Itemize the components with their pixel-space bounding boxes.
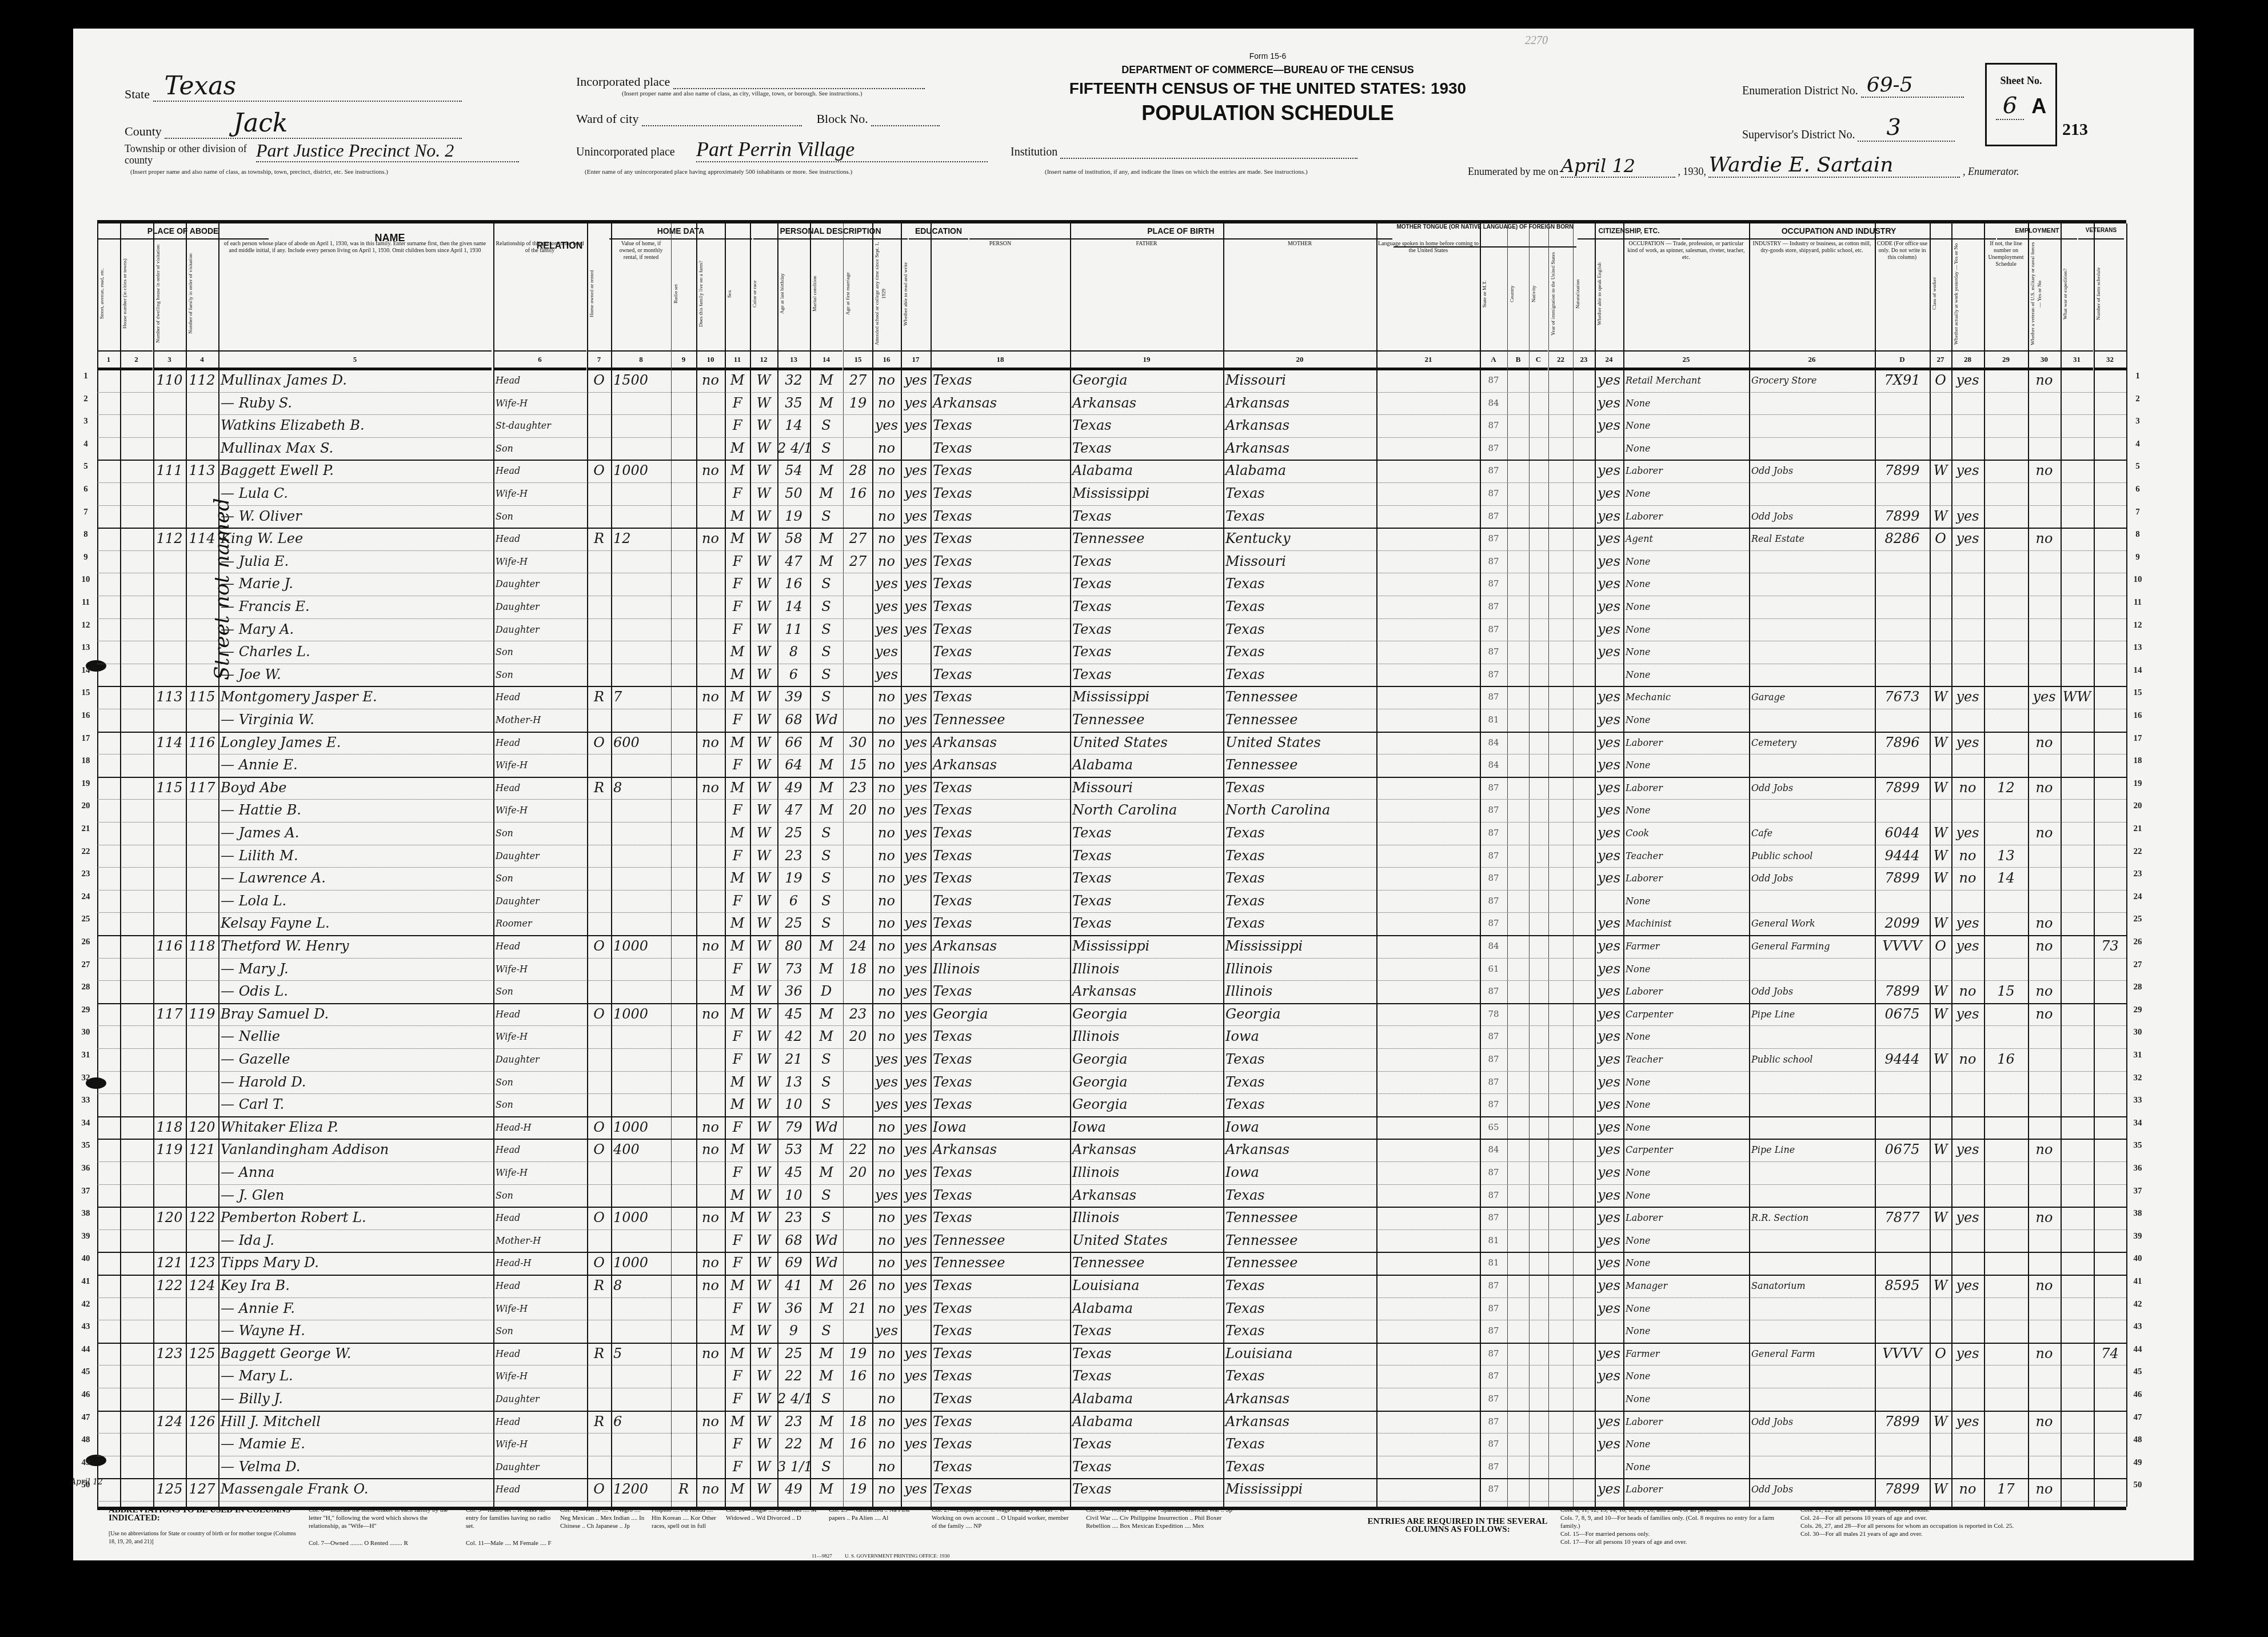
cell-agem (843, 822, 873, 844)
cell-val (611, 482, 671, 505)
cell-ind: Odd Jobs (1749, 460, 1875, 482)
printer-name: U. S. GOVERNMENT PRINTING OFFICE: 1930 (845, 1553, 950, 1559)
cell-cls: W (1930, 867, 1951, 889)
cell-val (611, 505, 671, 528)
cell-fam (186, 1388, 218, 1410)
cell-mar: M (810, 392, 842, 414)
cell-eng: yes (1595, 528, 1623, 550)
cell-rel: Daughter (493, 618, 586, 641)
cell-bpf: Texas (1070, 867, 1223, 889)
cell-occ: Laborer (1623, 460, 1749, 482)
cell-unemp: 12 (1984, 777, 2028, 799)
cell-ind (1749, 641, 1875, 663)
cell-unemp (1984, 1343, 2028, 1365)
cell-own (587, 1229, 611, 1252)
cell-val (611, 822, 671, 844)
cell-war (2061, 732, 2093, 754)
cell-read: yes (901, 1025, 931, 1048)
line-number: 11 (2129, 598, 2146, 608)
cell-bp: Texas (931, 1093, 1070, 1116)
cell-farm (696, 641, 725, 663)
cell-war (2061, 1388, 2093, 1410)
cell-war (2061, 777, 2093, 799)
incorporated-value (673, 88, 925, 89)
cell-cls: W (1930, 1478, 1951, 1500)
line-number: 28 (77, 983, 94, 992)
table-row: — Lawrence A.SonMW19SnoyesTexasTexasTexa… (97, 867, 2126, 891)
cell-read: yes (901, 1207, 931, 1229)
cell-bp: Texas (931, 1025, 1070, 1048)
cell-rel: Daughter (493, 573, 586, 595)
line-number: 32 (77, 1073, 94, 1083)
line-number: 44 (77, 1345, 94, 1355)
cell-code: 87 (1480, 505, 1507, 528)
column-header-ind: INDUSTRY — Industry or business, as cott… (1749, 239, 1875, 348)
cell-bpf: Illinois (1070, 1207, 1223, 1229)
cell-name: — Mary J. (218, 958, 492, 980)
cell-farm: no (696, 1275, 725, 1297)
cell-vet: yes (2028, 686, 2061, 708)
cell-farm (696, 709, 725, 731)
cell-val (611, 980, 671, 1003)
cell-bpm: Tennessee (1223, 686, 1376, 708)
group-header-home: HOME DATA (609, 223, 752, 239)
cell-farmno (2094, 1433, 2126, 1455)
cell-ocode (1875, 1229, 1930, 1252)
cell-sex: F (725, 1025, 750, 1048)
cell-farm: no (696, 1478, 725, 1500)
cell-sex: M (725, 1411, 750, 1433)
cell-code: 87 (1480, 414, 1507, 437)
cell-own (587, 754, 611, 776)
cell-farm (696, 505, 725, 528)
cell-radio (671, 573, 696, 595)
cell-rel: Mother-H (493, 1229, 586, 1252)
cell-read: yes (901, 867, 931, 889)
cell-unemp (1984, 1229, 2028, 1252)
cell-age: 49 (777, 1478, 810, 1500)
cell-age: 58 (777, 528, 810, 550)
cell-eng: yes (1595, 1343, 1623, 1365)
cell-ind (1749, 664, 1875, 686)
cell-cls: W (1930, 845, 1951, 867)
cell-war (2061, 618, 2093, 641)
cell-radio (671, 1003, 696, 1025)
cell-ocode: 9444 (1875, 1048, 1930, 1071)
cell-work (1951, 1320, 1984, 1342)
cell-eng: yes (1595, 618, 1623, 641)
cell-bpf: Alabama (1070, 1297, 1223, 1320)
cell-race: W (750, 709, 777, 731)
cell-fam (186, 754, 218, 776)
cell-val: 1000 (611, 1207, 671, 1229)
pencil-mark: 2270 (1525, 34, 1548, 47)
cell-occ: Carpenter (1623, 1139, 1749, 1161)
cell-own (587, 1048, 611, 1071)
cell-rel: Head (493, 1478, 586, 1500)
cell-read: yes (901, 1433, 931, 1455)
cell-farmno (2094, 1025, 2126, 1048)
cell-val (611, 618, 671, 641)
cell-bpf: Arkansas (1070, 980, 1223, 1003)
cell-code: 87 (1480, 845, 1507, 867)
cell-radio (671, 912, 696, 935)
cell-name: — Odis L. (218, 980, 492, 1003)
cell-race: W (750, 1275, 777, 1297)
cell-name: Massengale Frank O. (218, 1478, 492, 1500)
cell-farm (696, 1456, 725, 1478)
cell-eng: yes (1595, 369, 1623, 392)
cell-mar: M (810, 1161, 842, 1184)
cell-farm (696, 1093, 725, 1116)
cell-bpf: Texas (1070, 1433, 1223, 1455)
cell-sex: M (725, 460, 750, 482)
cell-code: 87 (1480, 1207, 1507, 1229)
cell-race: W (750, 1320, 777, 1342)
cell-read: yes (901, 1139, 931, 1161)
cell-mar: S (810, 1093, 842, 1116)
cell-own: R (587, 528, 611, 550)
cell-vet (2028, 1184, 2061, 1207)
cell-age: 54 (777, 460, 810, 482)
cell-bpf: Mississippi (1070, 935, 1223, 957)
cell-bpf: Georgia (1070, 1048, 1223, 1071)
cell-rel: Head (493, 732, 586, 754)
cell-agem: 18 (843, 958, 873, 980)
cell-farm (696, 912, 725, 935)
cell-work (1951, 641, 1984, 663)
cell-bpm: Arkansas (1223, 414, 1376, 437)
cell-bp: Texas (931, 505, 1070, 528)
cell-race: W (750, 641, 777, 663)
cell-unemp (1984, 528, 2028, 550)
cell-farmno (2094, 777, 2126, 799)
table-row: Watkins Elizabeth B.St-daughterFW14Syesy… (97, 414, 2126, 438)
cell-farm (696, 822, 725, 844)
cell-read (901, 1456, 931, 1478)
cell-bp: Arkansas (931, 1139, 1070, 1161)
cell-read: yes (901, 1003, 931, 1025)
cell-fam (186, 1433, 218, 1455)
cell-agem: 20 (843, 799, 873, 821)
cell-unemp: 17 (1984, 1478, 2028, 1500)
column-number: 3 (153, 350, 186, 370)
cell-sch: no (872, 1365, 901, 1387)
cell-val (611, 550, 671, 573)
line-number: 6 (77, 485, 94, 494)
cell-occ: Farmer (1623, 935, 1749, 957)
cell-unemp (1984, 1116, 2028, 1139)
cell-ind (1749, 799, 1875, 821)
cell-farm: no (696, 1139, 725, 1161)
cell-dw (153, 754, 186, 776)
state-value: Texas (153, 71, 462, 102)
cell-unemp (1984, 1297, 2028, 1320)
cell-dw (153, 1456, 186, 1478)
cell-sex: F (725, 958, 750, 980)
cell-ocode (1875, 958, 1930, 980)
cell-agem: 27 (843, 369, 873, 392)
cell-name: — Ruby S. (218, 392, 492, 414)
cell-code: 87 (1480, 573, 1507, 595)
cell-work: yes (1951, 912, 1984, 935)
column-number: C (1529, 350, 1548, 370)
line-number: 1 (2129, 372, 2146, 381)
table-row: 114116Longley James E.HeadO600noMW66M30n… (97, 732, 2126, 755)
line-number: 17 (2129, 734, 2146, 744)
cell-bpf: Arkansas (1070, 1139, 1223, 1161)
cell-dw (153, 1093, 186, 1116)
cell-unemp (1984, 1388, 2028, 1410)
cell-fam: 114 (186, 528, 218, 550)
cell-bpm: Texas (1223, 618, 1376, 641)
cell-sex: F (725, 799, 750, 821)
cell-occ: None (1623, 1297, 1749, 1320)
cell-code: 87 (1480, 1161, 1507, 1184)
cell-read: yes (901, 709, 931, 731)
cell-war (2061, 482, 2093, 505)
cell-unemp (1984, 596, 2028, 618)
cell-agem (843, 686, 873, 708)
enumerated-field: Enumerated by me on April 12 , 1930, War… (1468, 153, 2019, 178)
cell-code: 87 (1480, 1478, 1507, 1500)
cell-work (1951, 1093, 1984, 1116)
line-number: 20 (2129, 801, 2146, 811)
cell-sch: no (872, 845, 901, 867)
cell-ind: Odd Jobs (1749, 777, 1875, 799)
cell-sch: no (872, 369, 901, 392)
cell-read: yes (901, 1229, 931, 1252)
line-number: 3 (77, 417, 94, 426)
cell-fam (186, 1297, 218, 1320)
cell-own (587, 912, 611, 935)
cell-ind (1749, 709, 1875, 731)
cell-age: 13 (777, 1071, 810, 1093)
abbr-col23: Col. 23—Naturalized .. Na First papers .… (829, 1506, 920, 1522)
enumerated-date: April 12 (1561, 155, 1675, 178)
cell-radio (671, 1343, 696, 1365)
cell-sch: no (872, 732, 901, 754)
cell-work: yes (1951, 1275, 1984, 1297)
cell-cls: W (1930, 1207, 1951, 1229)
cell-sch: no (872, 437, 901, 460)
cell-bpf: Texas (1070, 573, 1223, 595)
line-number: 15 (2129, 688, 2146, 698)
line-number: 46 (77, 1390, 94, 1400)
cell-rel: Son (493, 822, 586, 844)
cell-cls (1930, 1184, 1951, 1207)
cell-war (2061, 596, 2093, 618)
cell-own (587, 958, 611, 980)
cell-sch: no (872, 392, 901, 414)
cell-cls (1930, 1093, 1951, 1116)
cell-farmno (2094, 1116, 2126, 1139)
column-number: 1 (97, 350, 120, 370)
cell-bpm: Iowa (1223, 1025, 1376, 1048)
cell-cls (1930, 641, 1951, 663)
abbreviations-title: ABBREVIATIONS TO BE USED IN COLUMNS INDI… (109, 1506, 297, 1522)
cell-vet: no (2028, 822, 2061, 844)
cell-eng: yes (1595, 1184, 1623, 1207)
cell-sex: F (725, 550, 750, 573)
cell-fam (186, 664, 218, 686)
cell-sch: no (872, 754, 901, 776)
table-row: — Mary J.Wife-HFW73M18noyesIllinoisIllin… (97, 958, 2126, 981)
cell-name: Whitaker Eliza P. (218, 1116, 492, 1139)
cell-name: — Mary A. (218, 618, 492, 641)
cell-bp: Texas (931, 845, 1070, 867)
cell-agem (843, 596, 873, 618)
cell-age: 42 (777, 1025, 810, 1048)
cell-agem: 27 (843, 528, 873, 550)
cell-occ: None (1623, 1184, 1749, 1207)
cell-name: — Velma D. (218, 1456, 492, 1478)
cell-farmno (2094, 1093, 2126, 1116)
table-row: — Carl T.SonMW10SyesyesTexasGeorgiaTexas… (97, 1093, 2126, 1117)
cell-bp: Texas (931, 573, 1070, 595)
cell-vet: no (2028, 935, 2061, 957)
cell-sch: no (872, 505, 901, 528)
cell-read (901, 1388, 931, 1410)
cell-unemp (1984, 1161, 2028, 1184)
line-number: 18 (77, 756, 94, 766)
cell-vet (2028, 664, 2061, 686)
cell-dw (153, 1025, 186, 1048)
cell-cls (1930, 1433, 1951, 1455)
cell-farmno (2094, 1297, 2126, 1320)
cell-name: — Mary L. (218, 1365, 492, 1387)
township-hint: (Insert proper name and also name of cla… (130, 169, 530, 175)
cell-name: — James A. (218, 822, 492, 844)
cell-code: 87 (1480, 596, 1507, 618)
cell-farm: no (696, 528, 725, 550)
cell-war (2061, 1320, 2093, 1342)
cell-radio (671, 528, 696, 550)
cell-sex: M (725, 1343, 750, 1365)
cell-age: 64 (777, 754, 810, 776)
form-title-block: Form 15-6 DEPARTMENT OF COMMERCE—BUREAU … (1045, 51, 1491, 125)
table-row: — J. GlenSonMW10SyesyesTexasArkansasTexa… (97, 1184, 2126, 1208)
cell-bp: Texas (931, 1411, 1070, 1433)
cell-ocode (1875, 1184, 1930, 1207)
cell-bpf: Tennessee (1070, 1252, 1223, 1274)
column-number: 26 (1749, 350, 1875, 370)
cell-work: yes (1951, 460, 1984, 482)
cell-code: 84 (1480, 1139, 1507, 1161)
cell-vet (2028, 1229, 2061, 1252)
column-header-bp: PERSON (931, 239, 1070, 348)
cell-vet (2028, 596, 2061, 618)
cell-war (2061, 1161, 2093, 1184)
column-header-rel: Relationship of this person to the head … (493, 239, 586, 348)
cell-rel: Son (493, 664, 586, 686)
cell-val (611, 799, 671, 821)
cell-sch: no (872, 1433, 901, 1455)
cell-bpm: Iowa (1223, 1161, 1376, 1184)
table-row: — James A.SonMW25SnoyesTexasTexasTexas87… (97, 822, 2126, 845)
cell-fam (186, 1229, 218, 1252)
abbr-col31: Col. 31—World War .... WW Spanish-Americ… (1086, 1506, 1235, 1530)
cell-vet: no (2028, 369, 2061, 392)
line-number: 32 (2129, 1073, 2146, 1083)
req-line: Cols. 21, 22, and 23—For all foreign-bor… (1800, 1506, 2029, 1514)
cell-vet (2028, 754, 2061, 776)
cell-rel: St-daughter (493, 414, 586, 437)
line-number: 37 (2129, 1187, 2146, 1196)
abbr-col12a: Col. 12—White .... W Negro .... Neg Mexi… (560, 1506, 646, 1530)
cell-name: — Francis E. (218, 596, 492, 618)
cell-work (1951, 1161, 1984, 1184)
cell-bp: Texas (931, 369, 1070, 392)
cell-code: 61 (1480, 958, 1507, 980)
cell-val (611, 664, 671, 686)
cell-mar: Wd (810, 1116, 842, 1139)
cell-agem (843, 664, 873, 686)
cell-occ: Mechanic (1623, 686, 1749, 708)
cell-work: yes (1951, 1139, 1984, 1161)
sheet-number-box: Sheet No. 6 A (1985, 63, 2057, 146)
ed-label: Enumeration District No. (1742, 85, 1858, 97)
cell-code: 87 (1480, 1275, 1507, 1297)
cell-occ: Laborer (1623, 1478, 1749, 1500)
cell-fam (186, 980, 218, 1003)
cell-rel: Head (493, 1139, 586, 1161)
cell-occ: Carpenter (1623, 1003, 1749, 1025)
line-number: 5 (77, 462, 94, 472)
cell-bpf: Texas (1070, 505, 1223, 528)
line-number: 45 (77, 1367, 94, 1377)
cell-bpm: Texas (1223, 822, 1376, 844)
ed-value: 69-5 (1861, 73, 1964, 98)
column-header-street: Street, avenue, road, etc. (97, 239, 120, 348)
table-row: — AnnaWife-HFW45M20noyesTexasIllinoisIow… (97, 1161, 2126, 1185)
block-value (871, 125, 940, 126)
cell-sex: M (725, 1071, 750, 1093)
cell-occ: Manager (1623, 1275, 1749, 1297)
cell-dw (153, 1161, 186, 1184)
cell-radio (671, 1456, 696, 1478)
cell-occ: Machinist (1623, 912, 1749, 935)
cell-code: 84 (1480, 732, 1507, 754)
cell-bpm: Louisiana (1223, 1343, 1376, 1365)
cell-name: — Nellie (218, 1025, 492, 1048)
cell-dw: 121 (153, 1252, 186, 1274)
line-number: 25 (2129, 915, 2146, 924)
cell-bpm: Texas (1223, 1048, 1376, 1071)
cell-vet (2028, 799, 2061, 821)
cell-farm (696, 1184, 725, 1207)
cell-eng (1595, 664, 1623, 686)
cell-work (1951, 573, 1984, 595)
cell-bpf: Iowa (1070, 1116, 1223, 1139)
line-number: 46 (2129, 1390, 2146, 1400)
cell-fam: 123 (186, 1252, 218, 1274)
cell-unemp (1984, 664, 2028, 686)
cell-val (611, 1025, 671, 1048)
enumerated-year: , 1930, (1678, 166, 1706, 177)
cell-val (611, 912, 671, 935)
cell-own: O (587, 1478, 611, 1500)
cell-occ: None (1623, 1093, 1749, 1116)
cell-mar: M (810, 1275, 842, 1297)
cell-mar: S (810, 505, 842, 528)
cell-radio (671, 1320, 696, 1342)
cell-rel: Wife-H (493, 1161, 586, 1184)
cell-name: — Virginia W. (218, 709, 492, 731)
cell-dw (153, 709, 186, 731)
cell-fam (186, 1320, 218, 1342)
line-number: 7 (77, 508, 94, 517)
